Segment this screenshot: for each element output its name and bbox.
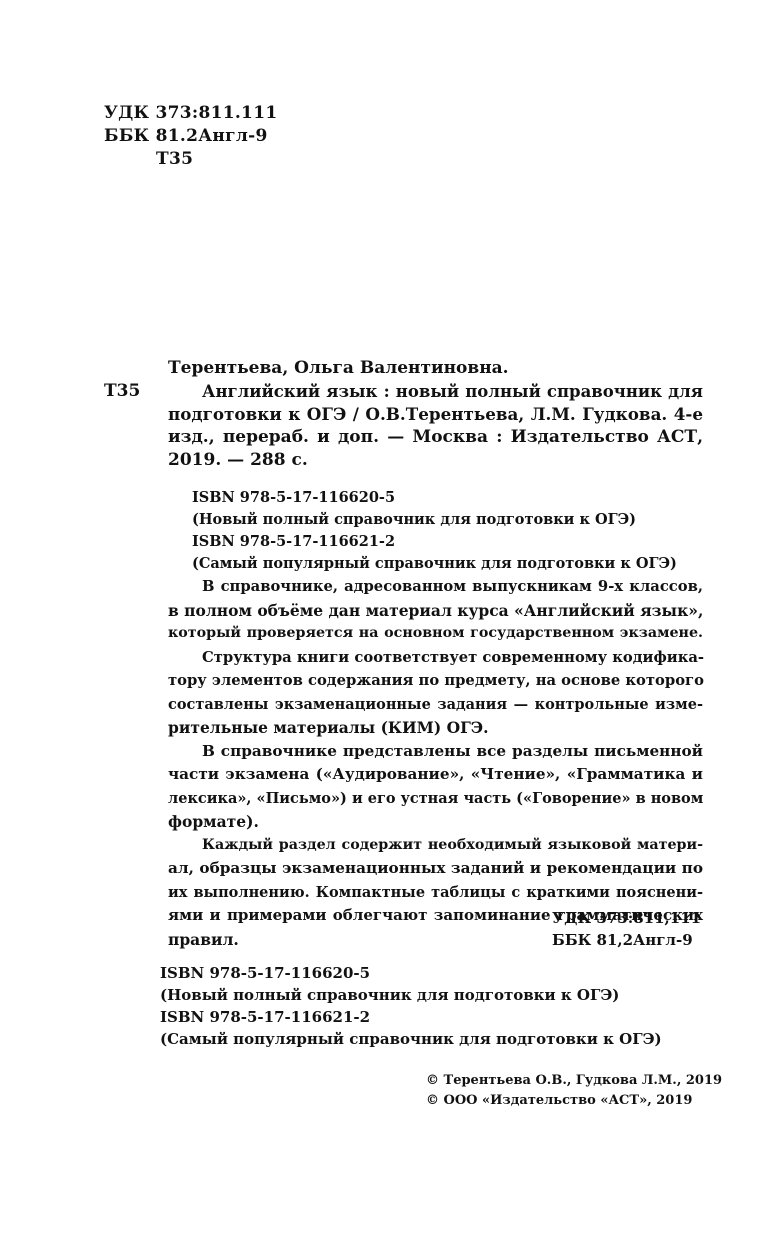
isbn-line: ISBN 978-5-17-116621-2 xyxy=(160,1006,662,1028)
annotation-line: В справочнике, адресованном выпускникам … xyxy=(168,575,703,599)
annotation-line: Каждый раздел содержит необходимый языко… xyxy=(168,834,703,858)
annotation-paragraph: В справочнике представлены все разделы п… xyxy=(168,740,703,834)
annotation: В справочнике, адресованном выпускникам … xyxy=(168,575,703,951)
entry-line: подготовки к ОГЭ / О.В.Терентьева, Л.М. … xyxy=(168,403,703,426)
annotation-paragraph: Структура книги соответствует современно… xyxy=(168,646,703,740)
copyright-line: © ООО «Издательство «АСТ», 2019 xyxy=(426,1091,722,1111)
author-sign: Т35 xyxy=(104,148,277,171)
annotation-line: части экзамена («Аудирование», «Чтение»,… xyxy=(168,763,703,787)
classification-block: УДК 373:811.111 ББК 81.2Англ-9 Т35 xyxy=(104,102,277,171)
isbn-block-top: ISBN 978-5-17-116620-5 (Новый полный спр… xyxy=(192,487,677,575)
annotation-line: лексика», «Письмо») и его устная часть (… xyxy=(168,787,703,811)
classification-block-right: УДК 373:811,111 ББК 81,2Англ-9 xyxy=(552,907,701,951)
copyright-block: © Терентьева О.В., Гудкова Л.М., 2019 © … xyxy=(426,1071,722,1111)
annotation-line: ал, образцы экзаменационных заданий и ре… xyxy=(168,857,703,881)
entry-line: изд., перераб. и доп. — Москва : Издател… xyxy=(168,426,703,449)
isbn-note: (Новый полный справочник для подготовки … xyxy=(192,509,677,531)
udk-code: УДК 373:811,111 xyxy=(552,907,701,929)
annotation-line: их выполнению. Компактные таблицы с крат… xyxy=(168,881,703,905)
annotation-line: рительные материалы (КИМ) ОГЭ. xyxy=(168,716,703,740)
isbn-line: ISBN 978-5-17-116620-5 xyxy=(192,487,677,509)
annotation-line: который проверяется на основном государс… xyxy=(168,622,703,646)
isbn-line: ISBN 978-5-17-116621-2 xyxy=(192,531,677,553)
annotation-line: формате). xyxy=(168,810,703,834)
isbn-note: (Самый популярный справочник для подгото… xyxy=(160,1028,662,1050)
entry-line: Английский язык : новый полный справочни… xyxy=(168,380,703,403)
isbn-note: (Самый популярный справочник для подгото… xyxy=(192,553,677,575)
entry-line: 2019. — 288 с. xyxy=(168,449,703,472)
annotation-line: В справочнике представлены все разделы п… xyxy=(168,740,703,764)
isbn-block-bottom: ISBN 978-5-17-116620-5 (Новый полный спр… xyxy=(160,962,662,1050)
udk-code: УДК 373:811.111 xyxy=(104,102,277,125)
bbk-code: ББК 81,2Англ-9 xyxy=(552,929,701,951)
bibliographic-entry: Терентьева, Ольга Валентиновна. Т35 Англ… xyxy=(104,357,704,472)
isbn-note: (Новый полный справочник для подготовки … xyxy=(160,984,662,1006)
annotation-line: в полном объёме дан материал курса «Англ… xyxy=(168,599,703,623)
entry-code: Т35 xyxy=(104,380,168,403)
annotation-line: тору элементов содержания по предмету, н… xyxy=(168,669,703,693)
annotation-paragraph: В справочнике, адресованном выпускникам … xyxy=(168,575,703,646)
annotation-line: Структура книги соответствует современно… xyxy=(168,646,703,670)
entry-author: Терентьева, Ольга Валентиновна. xyxy=(104,357,704,380)
bbk-code: ББК 81.2Англ-9 xyxy=(104,125,277,148)
annotation-line: составлены экзаменационные задания — кон… xyxy=(168,693,703,717)
isbn-line: ISBN 978-5-17-116620-5 xyxy=(160,962,662,984)
copyright-line: © Терентьева О.В., Гудкова Л.М., 2019 xyxy=(426,1071,722,1091)
